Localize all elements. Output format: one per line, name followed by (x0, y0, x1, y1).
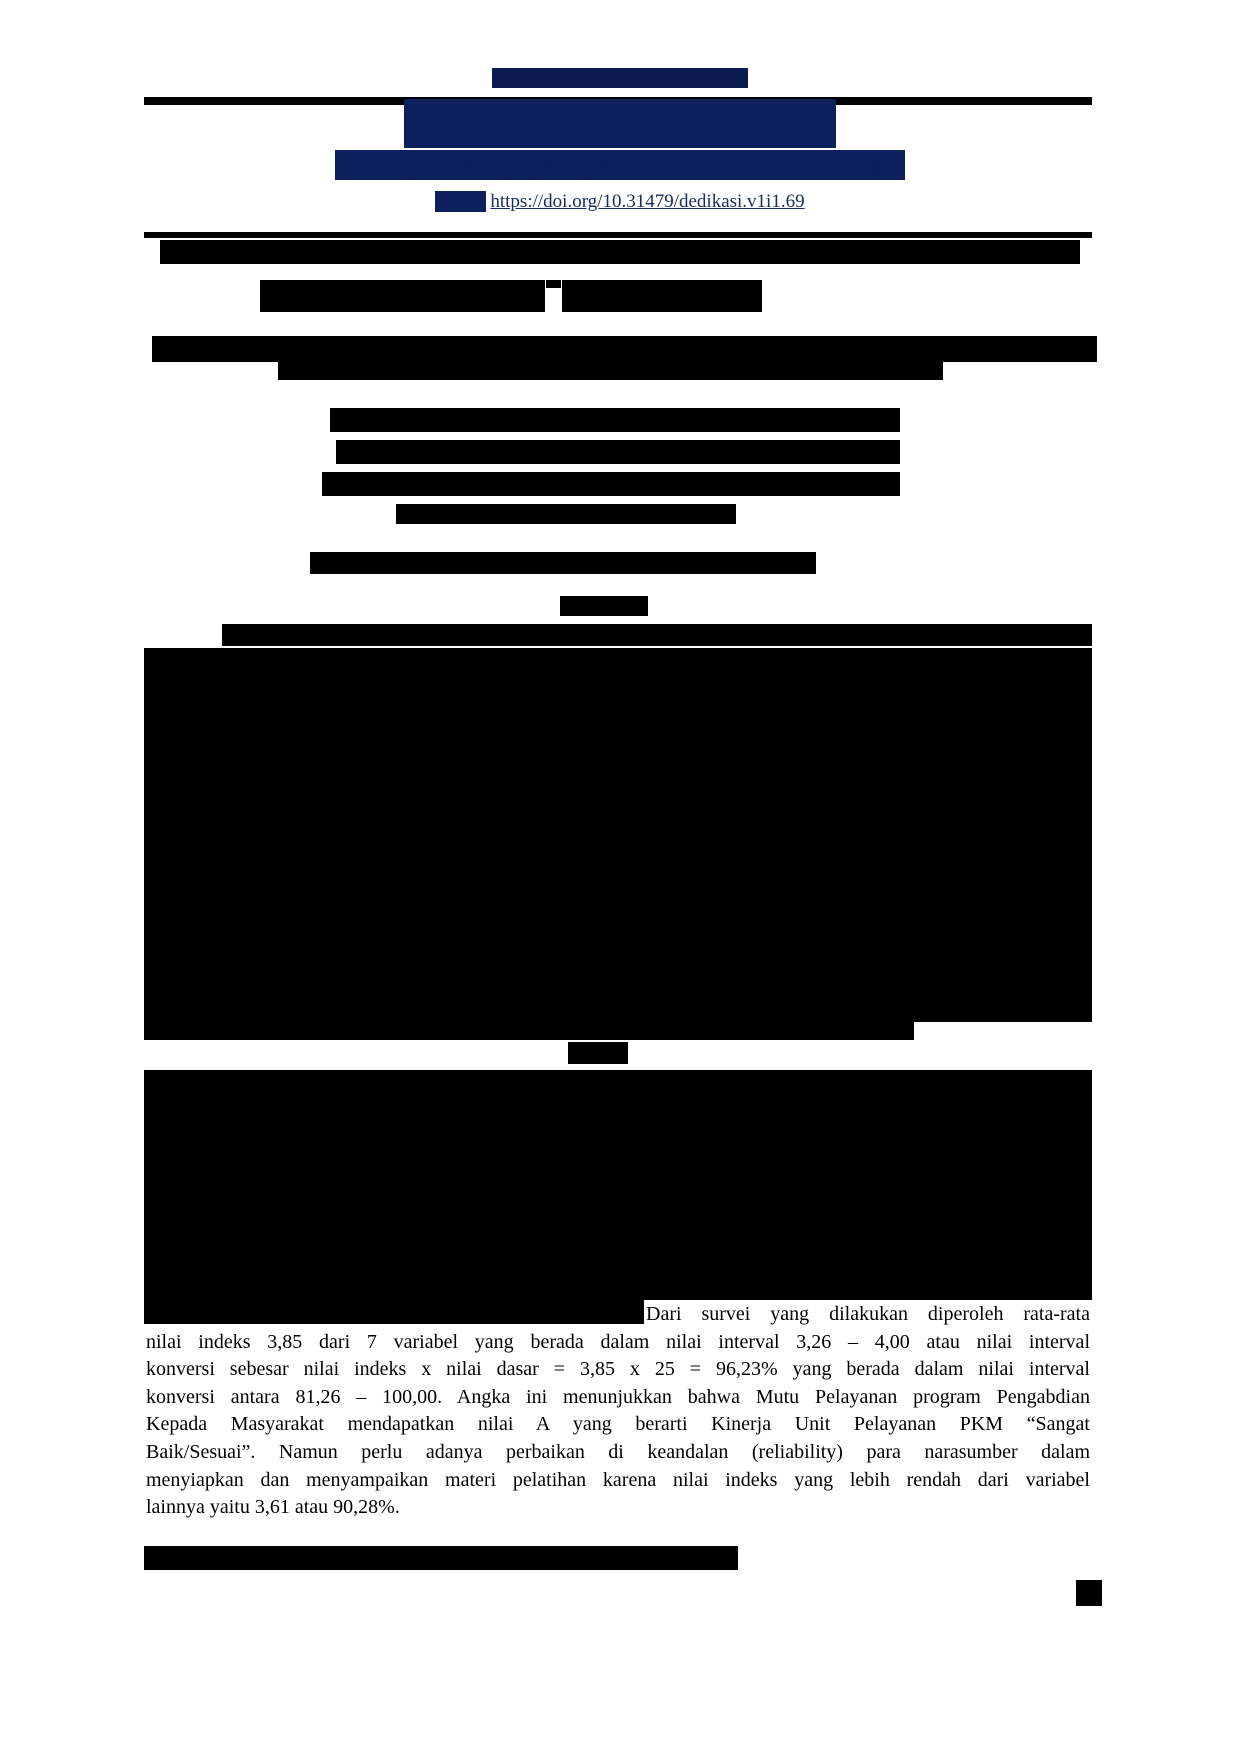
doi-line: DOI: https://doi.org/10.31479/dedikasi.v… (0, 191, 1240, 213)
journal-name: JURNAL DEDIKASI (0, 98, 1240, 149)
abstract-line-7: menyiapkan dan menyampaikan materi pelat… (146, 1467, 1090, 1495)
abstract-line-2: nilai indeks 3,85 dari 7 variabel yang b… (146, 1329, 1090, 1357)
abstract-visible-text: Dari survei yang dilakukan diperoleh rat… (146, 1301, 1090, 1522)
doi-link[interactable]: https://doi.org/10.31479/dedikasi.v1i1.6… (490, 191, 804, 212)
abstract-line-6: Baik/Sesuai”. Namun perlu adanya perbaik… (146, 1439, 1090, 1467)
doi-label: DOI: (435, 191, 485, 212)
header-rule-bottom (144, 232, 1092, 238)
abstract-line-3: konversi sebesar nilai indeks x nilai da… (146, 1356, 1090, 1384)
article-dates-redacted (310, 552, 816, 574)
abstract-line-4: konversi antara 81,26 – 100,00. Angka in… (146, 1384, 1090, 1412)
abstract-line-8: lainnya yaitu 3,61 atau 90,28%. (146, 1494, 1090, 1522)
page-number-redacted (1076, 1580, 1102, 1606)
abstract-line-1: Dari survei yang dilakukan diperoleh rat… (146, 1301, 1090, 1329)
journal-citation: Jurnal Dedikasi 1 (1) 2020 45-50 (0, 68, 1240, 89)
journal-url-link[interactable]: http://jurnalftijayabaya.ac.id/index.php… (0, 150, 1240, 181)
abstract-heading-redacted (560, 596, 648, 616)
abstract-line-5: Kepada Masyarakat mendapatkan nilai A ya… (146, 1411, 1090, 1439)
